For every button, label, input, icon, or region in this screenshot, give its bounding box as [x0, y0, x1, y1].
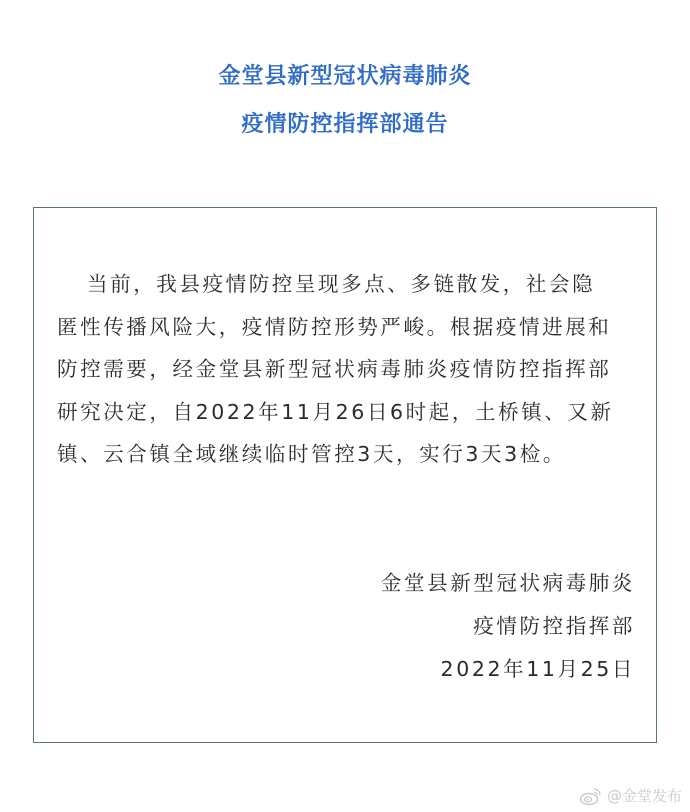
notice-title: 金堂县新型冠状病毒肺炎 疫情防控指挥部通告 — [0, 56, 690, 152]
body-line: 当前，我县疫情防控呈现多点、多链散发，社会隐 — [57, 266, 647, 309]
body-line: 镇、云合镇全域继续临时管控3天，实行3天3检。 — [57, 436, 647, 479]
watermark-text: @金堂发布 — [607, 785, 682, 806]
notice-body: 当前，我县疫情防控呈现多点、多链散发，社会隐 匿性传播风险大，疫情防控形势严峻。… — [57, 266, 647, 479]
signature-org-line-1: 金堂县新型冠状病毒肺炎 — [381, 565, 635, 608]
body-line: 防控需要，经金堂县新型冠状病毒肺炎疫情防控指挥部 — [57, 351, 647, 394]
title-line-2: 疫情防控指挥部通告 — [0, 104, 690, 152]
body-line: 研究决定，自2022年11月26日6时起，土桥镇、又新 — [57, 394, 647, 437]
title-line-1: 金堂县新型冠状病毒肺炎 — [0, 56, 690, 104]
signature-date: 2022年11月25日 — [381, 651, 635, 694]
signature-org-line-2: 疫情防控指挥部 — [381, 608, 635, 651]
weibo-watermark: @金堂发布 — [579, 785, 682, 806]
signature-block: 金堂县新型冠状病毒肺炎 疫情防控指挥部 2022年11月25日 — [381, 565, 635, 694]
body-line: 匿性传播风险大，疫情防控形势严峻。根据疫情进展和 — [57, 309, 647, 352]
weibo-icon — [579, 786, 603, 806]
